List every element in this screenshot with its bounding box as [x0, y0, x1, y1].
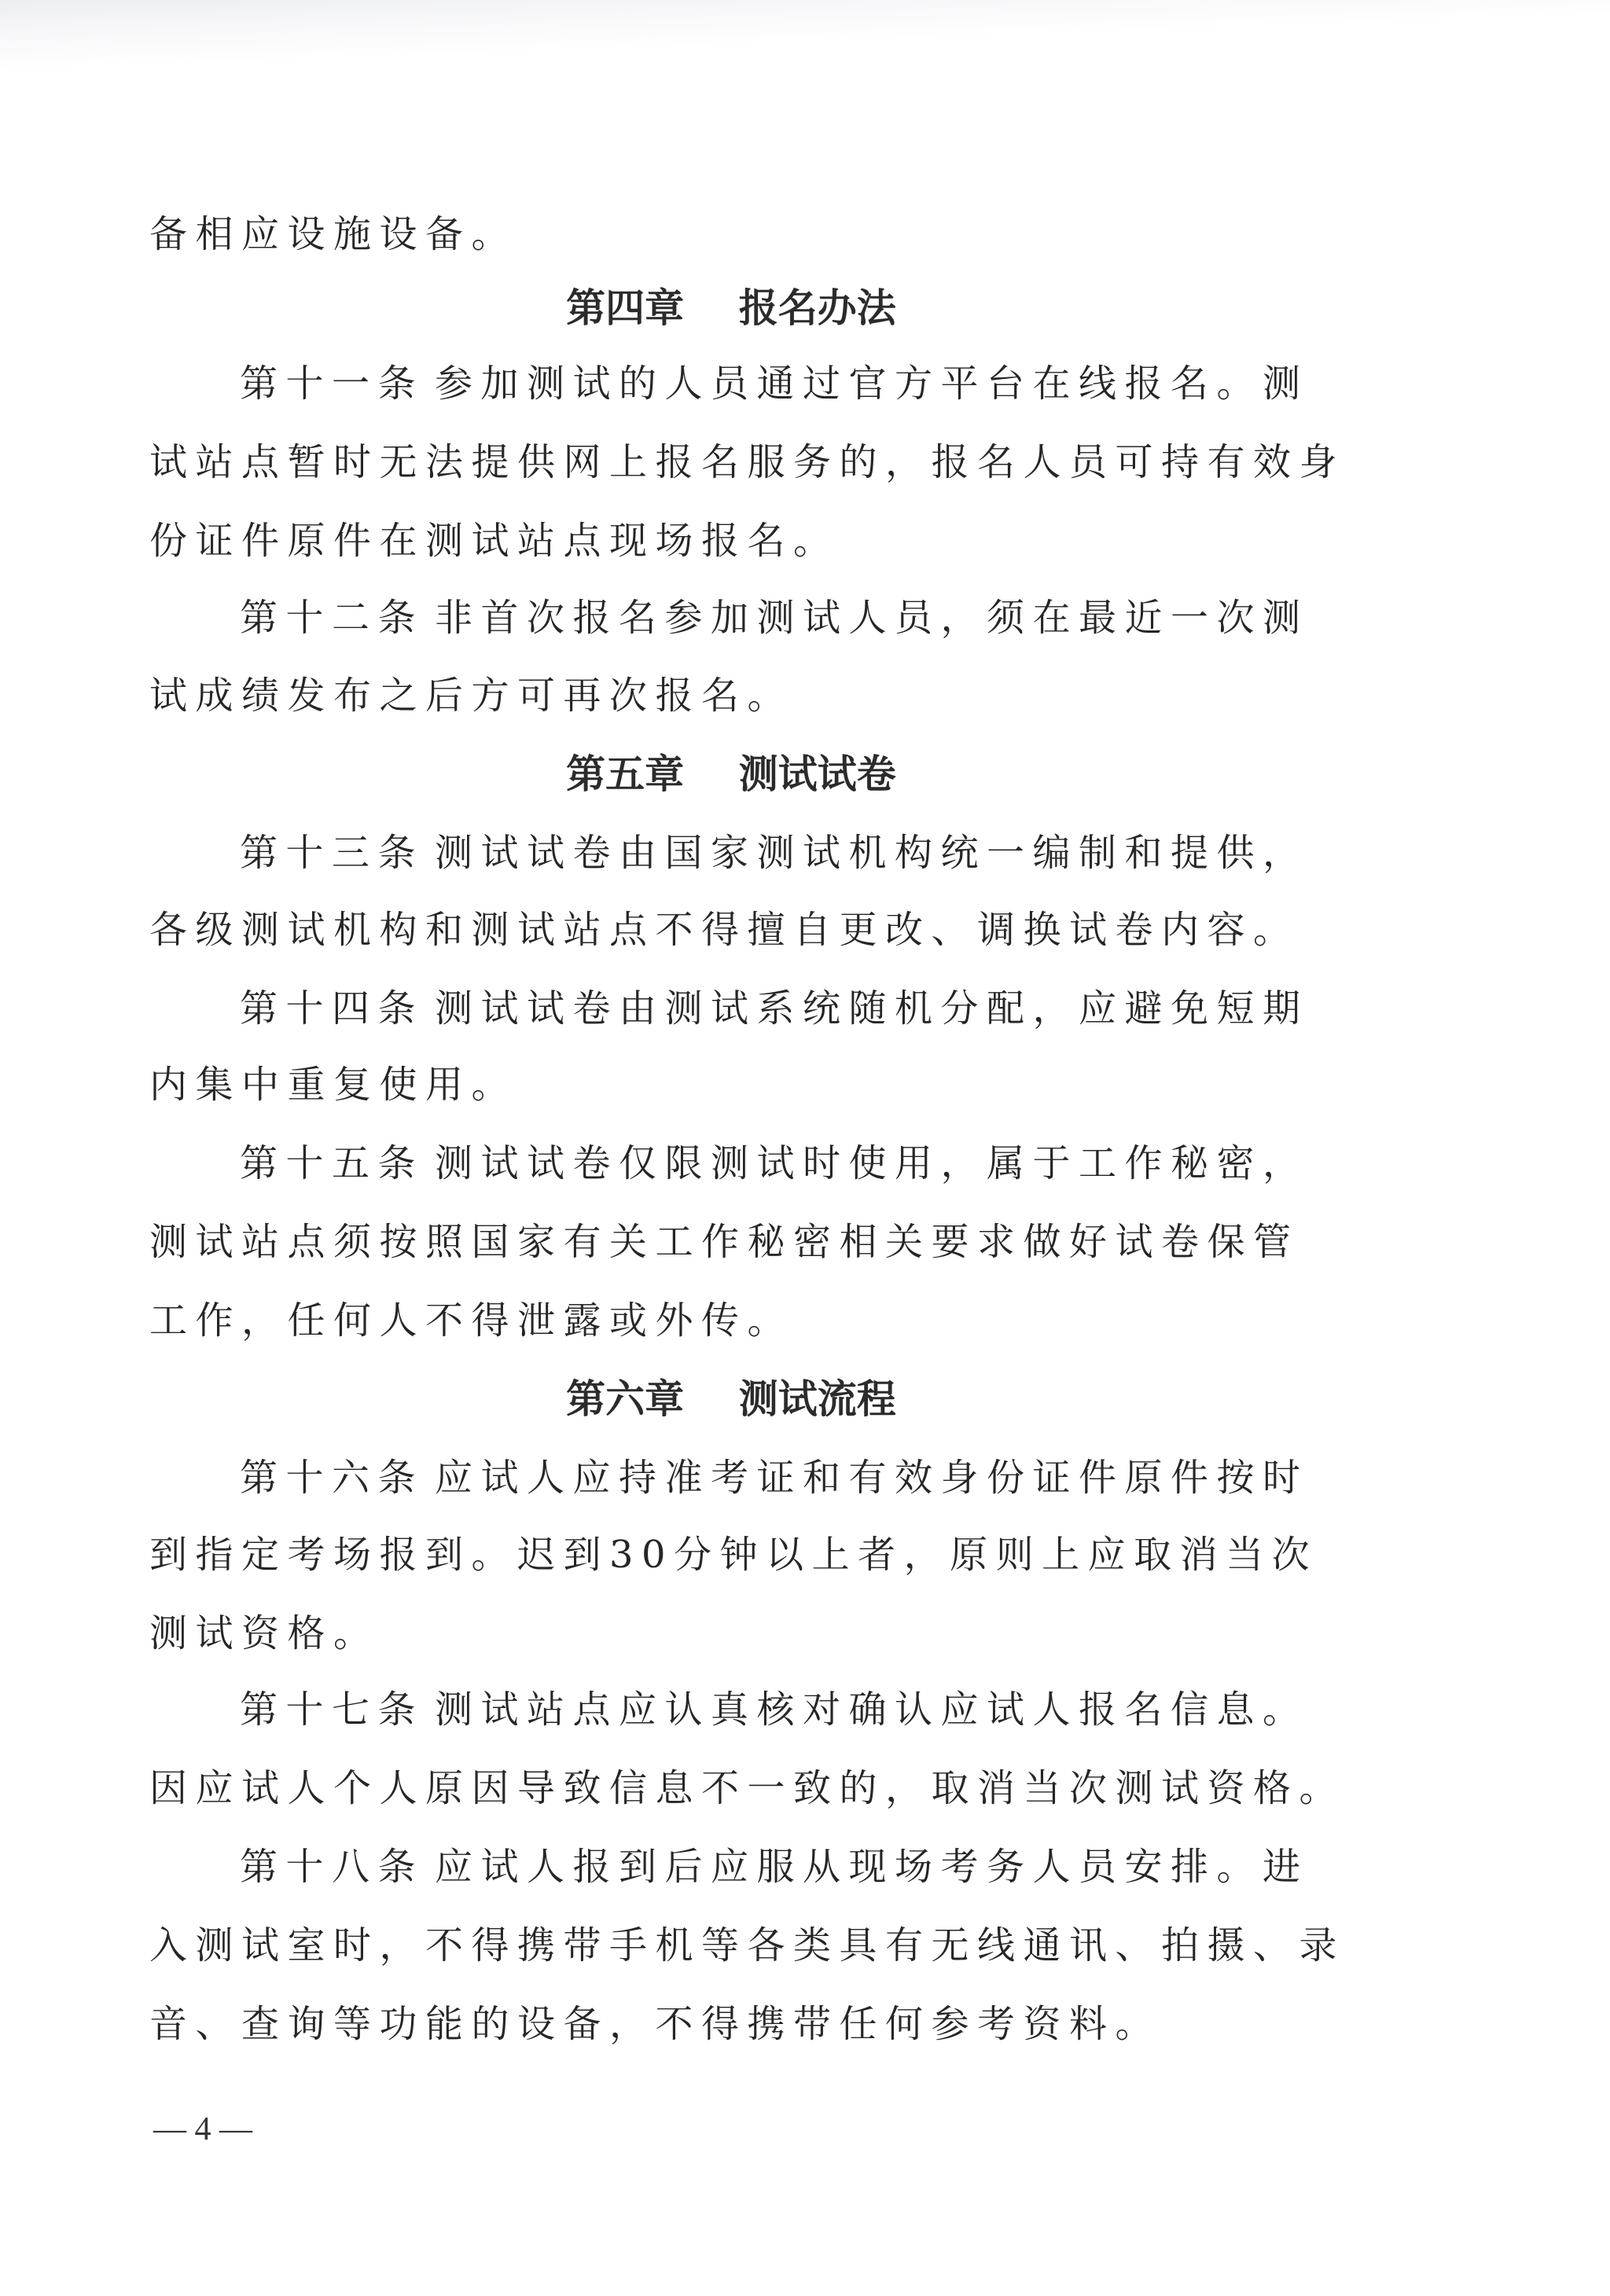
article-16-line-2: 到指定考场报到。迟到30分钟以上者，原则上应取消当次: [149, 1531, 1313, 1578]
chapter-heading-6: 第六章 测试流程: [0, 1376, 1462, 1423]
article-18-line-3: 音、查询等功能的设备，不得携带任何参考资料。: [149, 2000, 1313, 2048]
article-11-line-3: 份证件原件在测试站点现场报名。: [149, 517, 1313, 564]
article-13-line-2: 各级测试机构和测试站点不得擅自更改、调换试卷内容。: [149, 906, 1313, 953]
article-12-line-2: 试成绩发布之后方可再次报名。: [149, 672, 1313, 719]
article-text: 测试试卷仅限测试时使用，属于工作秘密，: [435, 1141, 1309, 1185]
body-line: 备相应设施设备。: [149, 211, 1313, 258]
article-number: 第十八条: [240, 1845, 424, 1889]
article-17-line-1: 第十七条测试站点应认真核对确认应试人报名信息。: [240, 1686, 1313, 1733]
article-13-line-1: 第十三条测试试卷由国家测试机构统一编制和提供，: [240, 829, 1313, 876]
article-number: 第十一条: [240, 362, 424, 406]
article-text: 测试试卷由测试系统随机分配，应避免短期: [435, 986, 1309, 1030]
article-number: 第十六条: [240, 1456, 424, 1500]
article-text: 应试人报到后应服从现场考务人员安排。进: [435, 1845, 1309, 1889]
article-15-line-3: 工作，任何人不得泄露或外传。: [149, 1297, 1313, 1344]
article-text: 参加测试的人员通过官方平台在线报名。测: [435, 362, 1309, 406]
article-number: 第十四条: [240, 986, 424, 1030]
article-number: 第十二条: [240, 596, 424, 640]
article-number: 第十三条: [240, 831, 424, 875]
article-text: 测试试卷由国家测试机构统一编制和提供，: [435, 831, 1309, 875]
article-text: 非首次报名参加测试人员，须在最近一次测: [435, 596, 1309, 640]
article-15-line-2: 测试站点须按照国家有关工作秘密相关要求做好试卷保管: [149, 1218, 1313, 1266]
article-number: 第十七条: [240, 1688, 424, 1732]
article-14-line-1: 第十四条测试试卷由测试系统随机分配，应避免短期: [240, 985, 1313, 1032]
chapter-heading-5: 第五章 测试试卷: [0, 751, 1462, 798]
article-text: 测试站点应认真核对确认应试人报名信息。: [435, 1688, 1309, 1732]
article-15-line-1: 第十五条测试试卷仅限测试时使用，属于工作秘密，: [240, 1140, 1313, 1187]
page-number: — 4 —: [153, 2110, 252, 2148]
article-11-line-1: 第十一条参加测试的人员通过官方平台在线报名。测: [240, 360, 1313, 407]
article-16-line-1: 第十六条应试人应持准考证和有效身份证件原件按时: [240, 1454, 1313, 1501]
article-16-line-3: 测试资格。: [149, 1610, 1313, 1657]
chapter-heading-4: 第四章 报名办法: [0, 285, 1462, 332]
article-18-line-1: 第十八条应试人报到后应服从现场考务人员安排。进: [240, 1843, 1313, 1890]
article-18-line-2: 入测试室时，不得携带手机等各类具有无线通讯、拍摄、录: [149, 1922, 1313, 1969]
article-11-line-2: 试站点暂时无法提供网上报名服务的，报名人员可持有效身: [149, 439, 1313, 486]
article-17-line-2: 因应试人个人原因导致信息不一致的，取消当次测试资格。: [149, 1765, 1313, 1812]
document-page: 备相应设施设备。 第四章 报名办法 第十一条参加测试的人员通过官方平台在线报名。…: [0, 0, 1610, 2296]
article-text: 应试人应持准考证和有效身份证件原件按时: [435, 1456, 1309, 1500]
article-12-line-1: 第十二条非首次报名参加测试人员，须在最近一次测: [240, 594, 1313, 641]
article-14-line-2: 内集中重复使用。: [149, 1061, 1313, 1108]
article-number: 第十五条: [240, 1141, 424, 1185]
